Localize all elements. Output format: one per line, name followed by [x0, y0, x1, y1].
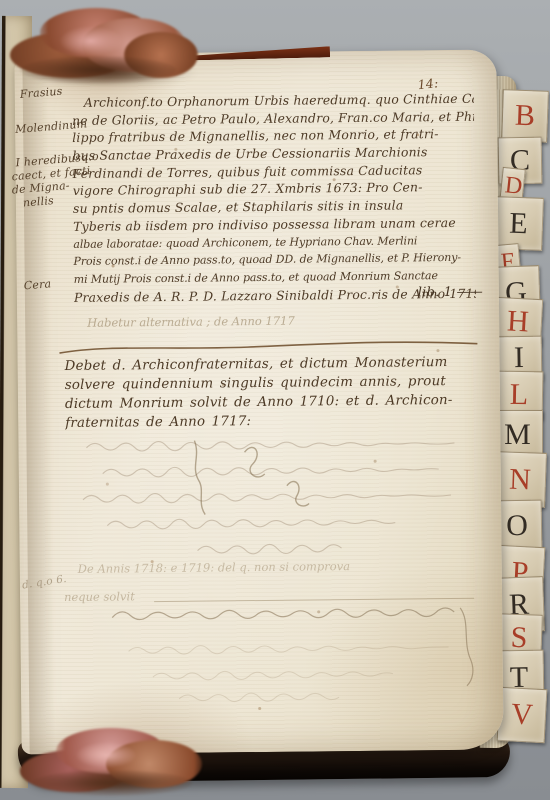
- amount-wax-pounds: lib. 1 ——: [418, 285, 483, 301]
- bleedthrough-text-block: [76, 432, 481, 570]
- tassel-top-left: [10, 2, 202, 88]
- margin-note-heirs: nellis: [22, 194, 54, 209]
- tab-b: B: [501, 89, 549, 143]
- manuscript-line: Praxedis de A. R. P. D. Lazzaro Sinibald…: [74, 284, 476, 306]
- faint-annotation-years: De Annis 1718: e 1719: del q. non si com…: [78, 559, 350, 576]
- tab-letter: L: [510, 380, 529, 410]
- tab-v: V: [497, 687, 548, 743]
- tab-letter: H: [506, 306, 529, 337]
- tab-letter: I: [514, 343, 525, 373]
- manuscript-scan: B C D E F G H I L M N O P R S T V 14: Fr…: [0, 0, 550, 800]
- tassel-bottom-left: [20, 724, 210, 796]
- entry-quindennium: Debet d. Archiconfraternitas, et dictum …: [65, 353, 478, 433]
- tab-letter: S: [510, 623, 528, 654]
- manuscript-page: 14: Frasius Molendinum I heredibusq.o ca…: [14, 49, 503, 754]
- bleedthrough-mirrored-line: [108, 596, 489, 714]
- manuscript-line: fraternitas de Anno 1717:: [65, 410, 477, 433]
- tab-letter: V: [510, 699, 533, 730]
- tab-letter: B: [514, 101, 535, 132]
- tab-letter: M: [504, 420, 531, 450]
- tab-letter: D: [504, 173, 524, 199]
- tab-letter: E: [509, 208, 528, 239]
- margin-note-cera: Cera: [23, 277, 52, 292]
- tab-letter: N: [509, 464, 532, 495]
- entry-census-1719: Archiconf.to Orphanorum Urbis haeredumq.…: [72, 90, 476, 306]
- tab-e: E: [493, 196, 544, 251]
- faint-bleedthrough-note: Habetur alternativa ; de Anno 1717: [87, 314, 295, 330]
- tab-letter: O: [506, 511, 528, 541]
